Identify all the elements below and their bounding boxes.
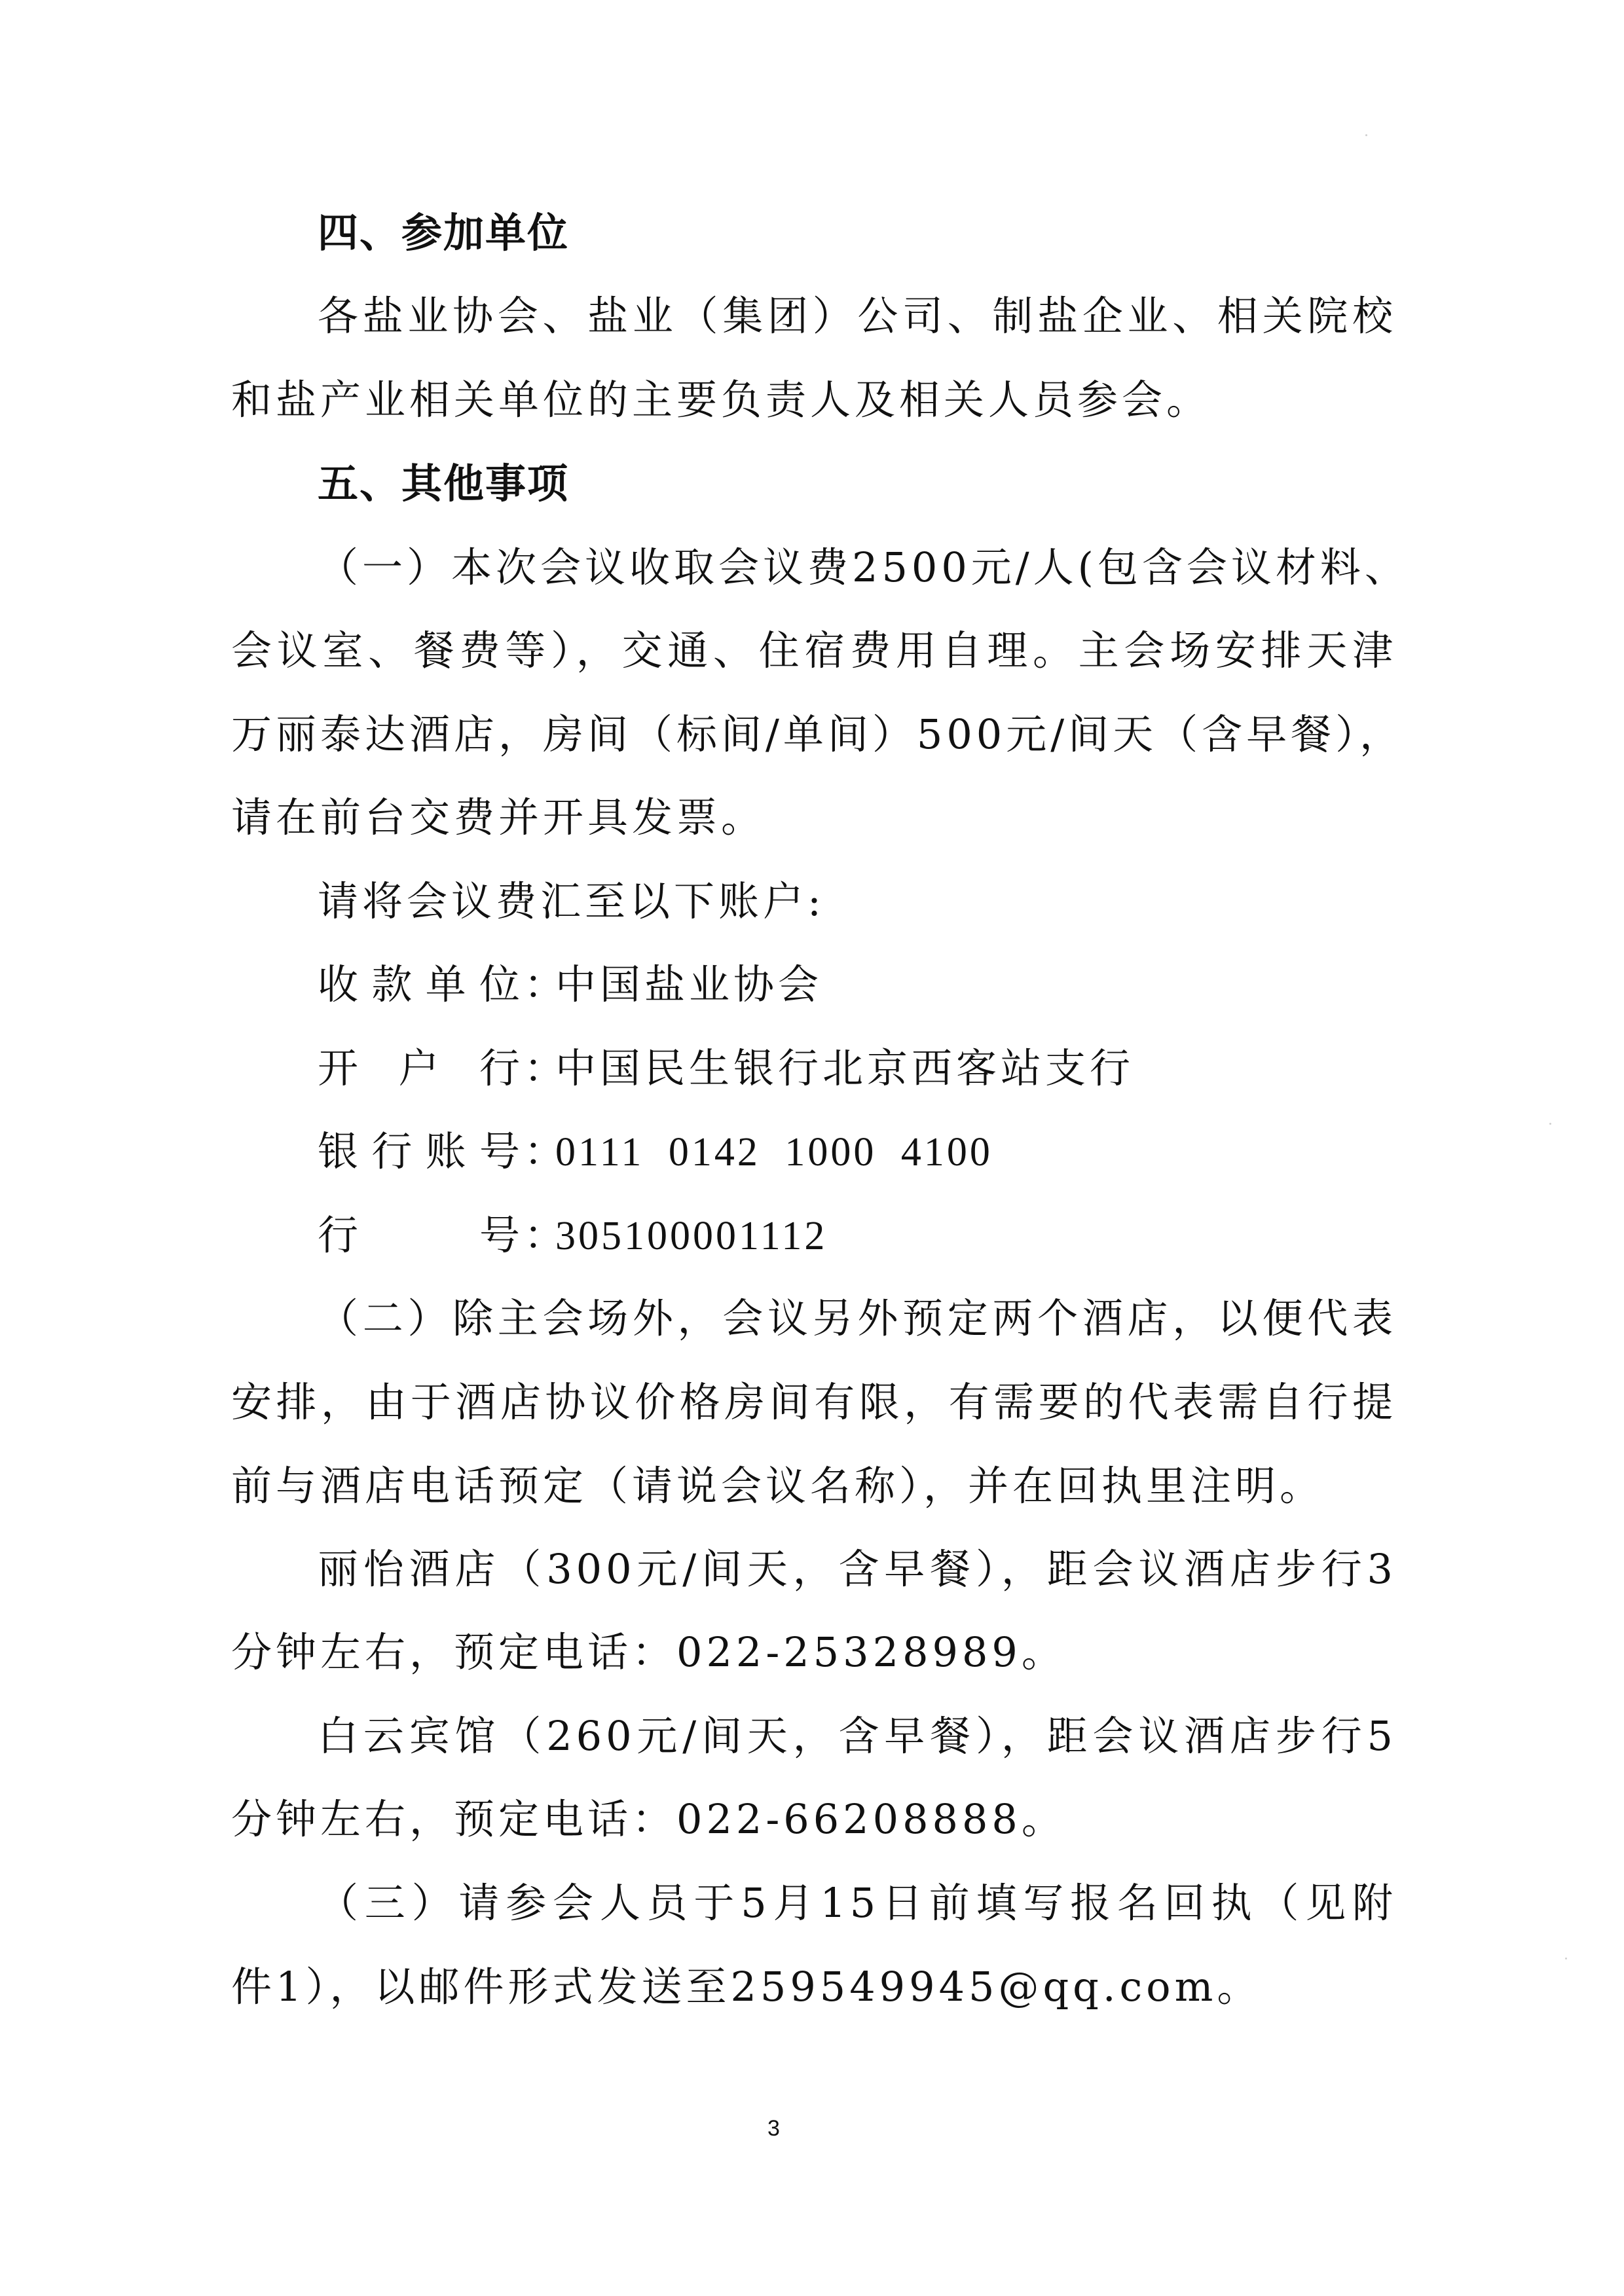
bank-value: 中国民生银行北京西客站支行 (555, 1044, 1134, 1092)
item-2-line-1: （二）除主会场外，会议另外预定两个酒店，以便代表 (318, 1277, 1397, 1360)
section-heading-participants: 四、参加单位 (318, 191, 1397, 274)
account-number-value: 0111 0142 1000 4100 (555, 1130, 993, 1175)
hotel-baiyun-line-2: 分钟左右，预定电话：022-66208888。 (231, 1777, 1397, 1861)
item-2-line-3: 前与酒店电话预定（请说会议名称），并在回执里注明。 (231, 1444, 1397, 1527)
item-1-line-1: （一）本次会议收取会议费2500元/人(包含会议材料、 (318, 526, 1397, 609)
page-number: 3 (767, 2116, 780, 2141)
participants-paragraph-line-1: 各盐业协会、盐业（集团）公司、制盐企业、相关院校 (318, 274, 1397, 357)
bank-code-label: 行号 (318, 1194, 524, 1277)
hotel-baiyun-line-1: 白云宾馆（260元/间天，含早餐），距会议酒店步行5 (318, 1694, 1397, 1777)
item-3-line-2: 件1），以邮件形式发送至259549945@qq.com。 (231, 1945, 1397, 2028)
bank-label: 开户行 (318, 1027, 524, 1110)
section-heading-other-matters: 五、其他事项 (318, 442, 1397, 525)
account-number-row: 银行账号：0111 0142 1000 4100 (318, 1110, 1397, 1193)
item-1-line-3: 万丽泰达酒店，房间（标间/单间）500元/间天（含早餐）， (231, 693, 1397, 776)
payee-value: 中国盐业协会 (555, 960, 822, 1008)
account-number-label: 银行账号 (318, 1110, 524, 1193)
bank-code-value: 305100001112 (555, 1214, 827, 1258)
payee-row: 收款单位：中国盐业协会 (318, 943, 1397, 1026)
hotel-liyi-line-2: 分钟左右，预定电话：022-25328989。 (231, 1611, 1397, 1694)
bank-row: 开户行：中国民生银行北京西客站支行 (318, 1027, 1397, 1110)
item-2-line-2: 安排，由于酒店协议价格房间有限，有需要的代表需自行提 (231, 1360, 1397, 1444)
hotel-liyi-line-1: 丽怡酒店（300元/间天，含早餐），距会议酒店步行3 (318, 1527, 1397, 1611)
bank-code-row: 行号：305100001112 (318, 1194, 1397, 1277)
account-number-separator: ： (524, 1110, 555, 1193)
payee-separator: ： (524, 943, 555, 1026)
payee-label: 收款单位 (318, 943, 524, 1026)
bank-separator: ： (524, 1027, 555, 1110)
remittance-intro: 请将会议费汇至以下账户: (318, 860, 1397, 943)
participants-paragraph-line-2: 和盐产业相关单位的主要负责人及相关人员参会。 (231, 358, 1397, 441)
scan-artifact (1565, 1958, 1567, 1959)
bank-code-separator: ： (524, 1194, 555, 1277)
item-1-line-2: 会议室、餐费等），交通、住宿费用自理。主会场安排天津 (231, 609, 1397, 692)
item-1-line-4: 请在前台交费并开具发票。 (231, 776, 1397, 859)
scan-artifact (1365, 134, 1367, 136)
scan-artifact (1549, 1123, 1551, 1125)
document-page: 四、参加单位 各盐业协会、盐业（集团）公司、制盐企业、相关院校 和盐产业相关单位… (0, 0, 1624, 2296)
item-3-line-1: （三）请参会人员于5月15日前填写报名回执（见附 (318, 1861, 1397, 1944)
